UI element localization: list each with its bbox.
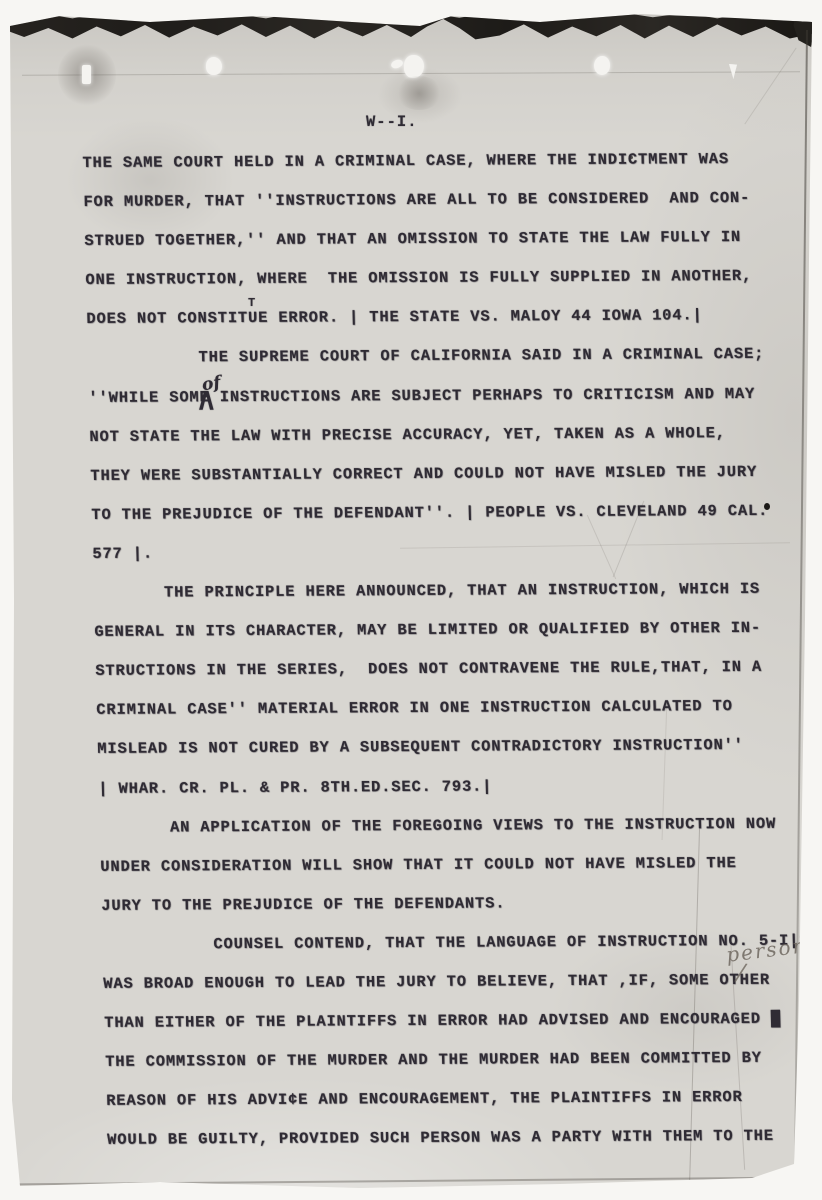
paragraph: COUNSEL CONTEND, THAT THE LANGUAGE OF IN… <box>102 921 818 1160</box>
punch-hole <box>404 55 424 78</box>
typed-line: WAS BROAD ENOUGH TO LEAD THE JURY TO BEL… <box>103 961 814 1004</box>
ink-speck <box>8 504 13 510</box>
punch-hole <box>594 56 610 75</box>
punch-hole <box>82 65 91 84</box>
typed-line: THAN EITHER OF THE PLAINTIFFS IN ERROR H… <box>104 1000 815 1043</box>
paper-bottom-edge <box>16 1177 796 1186</box>
scanned-page: W--I. THE SAME COURT HELD IN A CRIMINAL … <box>0 0 822 1200</box>
paragraph: THE SAME COURT HELD IN A CRIMINAL CASE, … <box>82 140 797 340</box>
paragraph: AN APPLICATION OF THE FOREGOING VIEWS TO… <box>99 804 812 926</box>
page-heading: W--I. <box>366 113 418 131</box>
typed-line: ''WHILE SOME INSTRUCTIONS ARE SUBJECT PE… <box>88 374 799 417</box>
punch-hole <box>206 57 222 75</box>
ink-smudge <box>396 76 442 110</box>
typed-text: THE SAME COURT HELD IN A CRIMINAL CASE, … <box>82 140 818 1161</box>
typed-line: STRUED TOGETHER,'' AND THAT AN OMISSION … <box>84 218 795 261</box>
torn-top-edge <box>8 10 814 40</box>
paragraph: THE SUPREME COURT OF CALIFORNIA SAID IN … <box>87 335 803 574</box>
crease-mark <box>744 48 796 125</box>
paper: W--I. THE SAME COURT HELD IN A CRIMINAL … <box>0 0 822 1200</box>
typed-line: DOES NOT CONSTITUE ERROR. | THE STATE VS… <box>86 296 797 339</box>
typed-line: REASON OF HIS ADVI¢E AND ENCOURAGEMENT, … <box>106 1078 817 1121</box>
typed-line: TO THE PREJUDICE OF THE DEFENDANT''. | P… <box>91 491 802 534</box>
typed-line: FOR MURDER, THAT ''INSTRUCTIONS ARE ALL … <box>83 179 794 222</box>
typed-line: THE SAME COURT HELD IN A CRIMINAL CASE, … <box>82 140 793 183</box>
typed-line: MISLEAD IS NOT CURED BY A SUBSEQUENT CON… <box>97 726 808 769</box>
typed-line: THE PRINCIPLE HERE ANNOUNCED, THAT AN IN… <box>93 570 804 613</box>
typed-line: WOULD BE GUILTY, PROVIDED SUCH PERSON WA… <box>107 1117 818 1160</box>
punch-hole <box>390 58 404 70</box>
typed-line: THE COMMISSION OF THE MURDER AND THE MUR… <box>105 1039 816 1082</box>
typed-line: THE SUPREME COURT OF CALIFORNIA SAID IN … <box>87 335 798 378</box>
typed-line: AN APPLICATION OF THE FOREGOING VIEWS TO… <box>99 804 810 847</box>
typed-correction-t: T <box>248 296 255 310</box>
caret-mark: Λ <box>199 387 214 417</box>
typed-line: JURY TO THE PREJUDICE OF THE DEFENDANTS. <box>101 882 812 925</box>
typed-line: COUNSEL CONTEND, THAT THE LANGUAGE OF IN… <box>102 921 813 964</box>
typed-line: | WHAR. CR. PL. & PR. 8TH.ED.SEC. 793.| <box>98 765 809 808</box>
typed-line: UNDER CONSIDERATION WILL SHOW THAT IT CO… <box>100 843 811 886</box>
typed-line: NOT STATE THE LAW WITH PRECISE ACCURACY,… <box>89 413 800 456</box>
typed-line: 577 |. <box>92 531 803 574</box>
typed-line: GENERAL IN ITS CHARACTER, MAY BE LIMITED… <box>94 609 805 652</box>
typed-line: STRUCTIONS IN THE SERIES, DOES NOT CONTR… <box>95 648 806 691</box>
paragraph: THE PRINCIPLE HERE ANNOUNCED, THAT AN IN… <box>93 570 809 809</box>
typed-line: ONE INSTRUCTION, WHERE THE OMISSION IS F… <box>85 257 796 300</box>
typed-line: THEY WERE SUBSTANTIALLY CORRECT AND COUL… <box>90 452 801 495</box>
typed-line: CRIMINAL CASE'' MATERIAL ERROR IN ONE IN… <box>96 687 807 730</box>
